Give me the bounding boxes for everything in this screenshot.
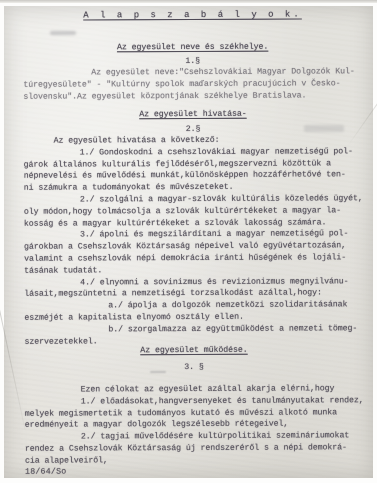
section-heading-2: Az egyesület hivatása- [23,108,362,121]
paragraph-1: Az egyesület neve:"Csehszlovákiai Magyar… [23,66,362,103]
text-line: b./ szorgalmazza az együttműködést a nem… [24,323,363,336]
text-line: a./ ápolja a dolgozók nemzetközi szolida… [24,299,363,312]
paragraph-2: Az egyesület hivatása a következő: 1./ G… [24,134,364,348]
section-heading-1: Az egyesület neve és székhelye. [23,41,362,54]
section-heading-3: Az egyesület működése. [24,344,363,357]
text-line: rendez a Csehszlovák Köztársaság új rend… [25,442,364,455]
text-line: valamint a csehszlovák népi demokrácia i… [24,252,363,265]
scanned-document-page: A l a p s z a b á l y o k. Az egyesület … [0,0,377,483]
document-title: A l a p s z a b á l y o k. [23,9,362,22]
reference-number: 18/64/So [25,465,364,478]
text-line: 1./ előadásokat,hangversenyeket és tanul… [25,395,364,408]
text-line: 1./ Gondoskodni a csehszlovákiai magyar … [24,146,363,159]
title-text: A l a p s z a b á l y o k. [83,10,301,21]
paragraph-3: Ezen célokat az egyesület azáltal akarja… [25,383,364,467]
document-text: A l a p s z a b á l y o k. Az egyesület … [0,0,377,483]
text-line: népnevelési és művelődési munkát,különös… [24,170,363,183]
text-line: oly módon,hogy tolmácsolja a szlovák kul… [24,205,363,218]
text-line: melyek megismertetik a tudományos kutató… [25,407,364,420]
text-line: slovensku".Az egyesület központjának szé… [23,90,362,103]
paragraph-number-3: 3. § [25,361,364,374]
